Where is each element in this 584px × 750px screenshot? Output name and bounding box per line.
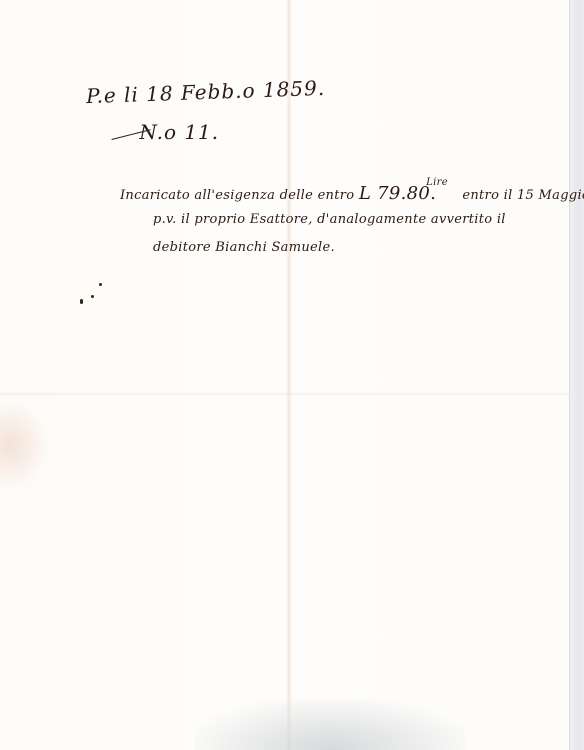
paper-sheet <box>0 0 584 750</box>
body-line-2: p.v. il proprio Esattore, d'analogamente… <box>153 212 506 227</box>
bottom-shadow <box>195 700 465 750</box>
body-line-1-prefix: Incaricato all'esigenza delle entro <box>120 188 354 203</box>
document-number: N.o 11. <box>112 120 219 144</box>
ink-mark <box>99 283 102 286</box>
amount-superscript: Lire <box>426 177 448 188</box>
horizontal-fold-line <box>0 392 584 396</box>
vertical-fold-line <box>286 0 292 750</box>
paper-stain <box>0 400 50 490</box>
ink-mark <box>91 295 94 298</box>
body-line-3: debitore Bianchi Samuele. <box>153 240 335 255</box>
body-line-1: Incaricato all'esigenza delle entro L 79… <box>120 183 584 204</box>
body-line-1-suffix: entro il 15 Maggio <box>462 188 584 203</box>
document-number-text: N.o 11. <box>139 120 219 144</box>
background-edge <box>569 0 584 750</box>
amount-value: L 79.80. <box>359 183 436 204</box>
ink-mark <box>80 299 83 304</box>
